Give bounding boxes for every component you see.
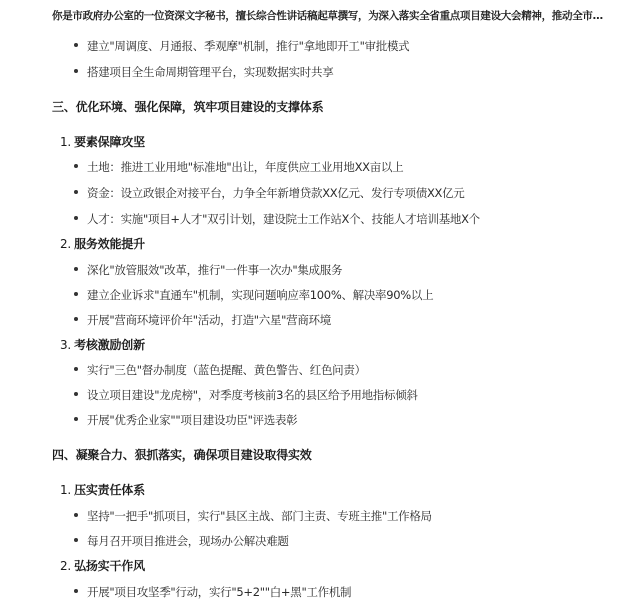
list-item: 开展"项目攻坚季"行动，实行"5+2""白+黑"工作机制 xyxy=(74,584,351,600)
bullet-icon xyxy=(74,43,78,47)
subsection-heading: 1.要素保障攻坚 xyxy=(60,133,145,150)
list-item: 设立项目建设"龙虎榜"，对季度考核前3名的县区给予用地指标倾斜 xyxy=(74,387,418,403)
bullet-icon xyxy=(74,190,78,194)
bullet-icon xyxy=(74,392,78,396)
bullet-icon xyxy=(74,367,78,371)
list-item: 实行"三色"督办制度（蓝色提醒、黄色警告、红色问责） xyxy=(74,362,366,378)
subsection-heading: 2.服务效能提升 xyxy=(60,235,145,252)
subsection-heading: 3.考核激励创新 xyxy=(60,336,145,353)
list-item: 开展"优秀企业家""项目建设功臣"评选表彰 xyxy=(74,412,297,428)
list-item: 坚持"一把手"抓项目，实行"县区主战、部门主责、专班主推"工作格局 xyxy=(74,508,432,524)
bullet-icon xyxy=(74,538,78,542)
list-item: 土地：推进工业用地"标准地"出让，年度供应工业用地XX亩以上 xyxy=(74,159,403,175)
prompt-text: 你是市政府办公室的一位资深文字秘书，擅长综合性讲话稿起草撰写，为深入落实全省重点… xyxy=(52,8,612,23)
bullet-icon xyxy=(74,513,78,517)
list-item: 人才：实施"项目+人才"双引计划，建设院士工作站X个、技能人才培训基地X个 xyxy=(74,211,480,227)
list-item: 开展"营商环境评价年"活动，打造"六星"营商环境 xyxy=(74,312,331,328)
subsection-heading: 1.压实责任体系 xyxy=(60,481,145,498)
bullet-icon xyxy=(74,164,78,168)
list-item: 搭建项目全生命周期管理平台，实现数据实时共享 xyxy=(74,64,333,80)
list-item: 资金：设立政银企对接平台，力争全年新增贷款XX亿元、发行专项债XX亿元 xyxy=(74,185,465,201)
list-item: 每月召开项目推进会，现场办公解决难题 xyxy=(74,533,289,549)
bullet-icon xyxy=(74,589,78,593)
section-heading: 三、优化环境、强化保障，筑牢项目建设的支撑体系 xyxy=(52,98,323,115)
bullet-icon xyxy=(74,317,78,321)
bullet-icon xyxy=(74,69,78,73)
bullet-icon xyxy=(74,417,78,421)
bullet-icon xyxy=(74,216,78,220)
list-item: 深化"放管服效"改革，推行"一件事一次办"集成服务 xyxy=(74,262,342,278)
list-item: 建立"周调度、月通报、季观摩"机制，推行"拿地即开工"审批模式 xyxy=(74,38,409,54)
subsection-heading: 2.弘扬实干作风 xyxy=(60,557,145,574)
bullet-icon xyxy=(74,267,78,271)
list-item: 建立企业诉求"直通车"机制，实现问题响应率100%、解决率90%以上 xyxy=(74,287,433,303)
section-heading: 四、凝聚合力、狠抓落实，确保项目建设取得实效 xyxy=(52,446,312,463)
bullet-icon xyxy=(74,292,78,296)
